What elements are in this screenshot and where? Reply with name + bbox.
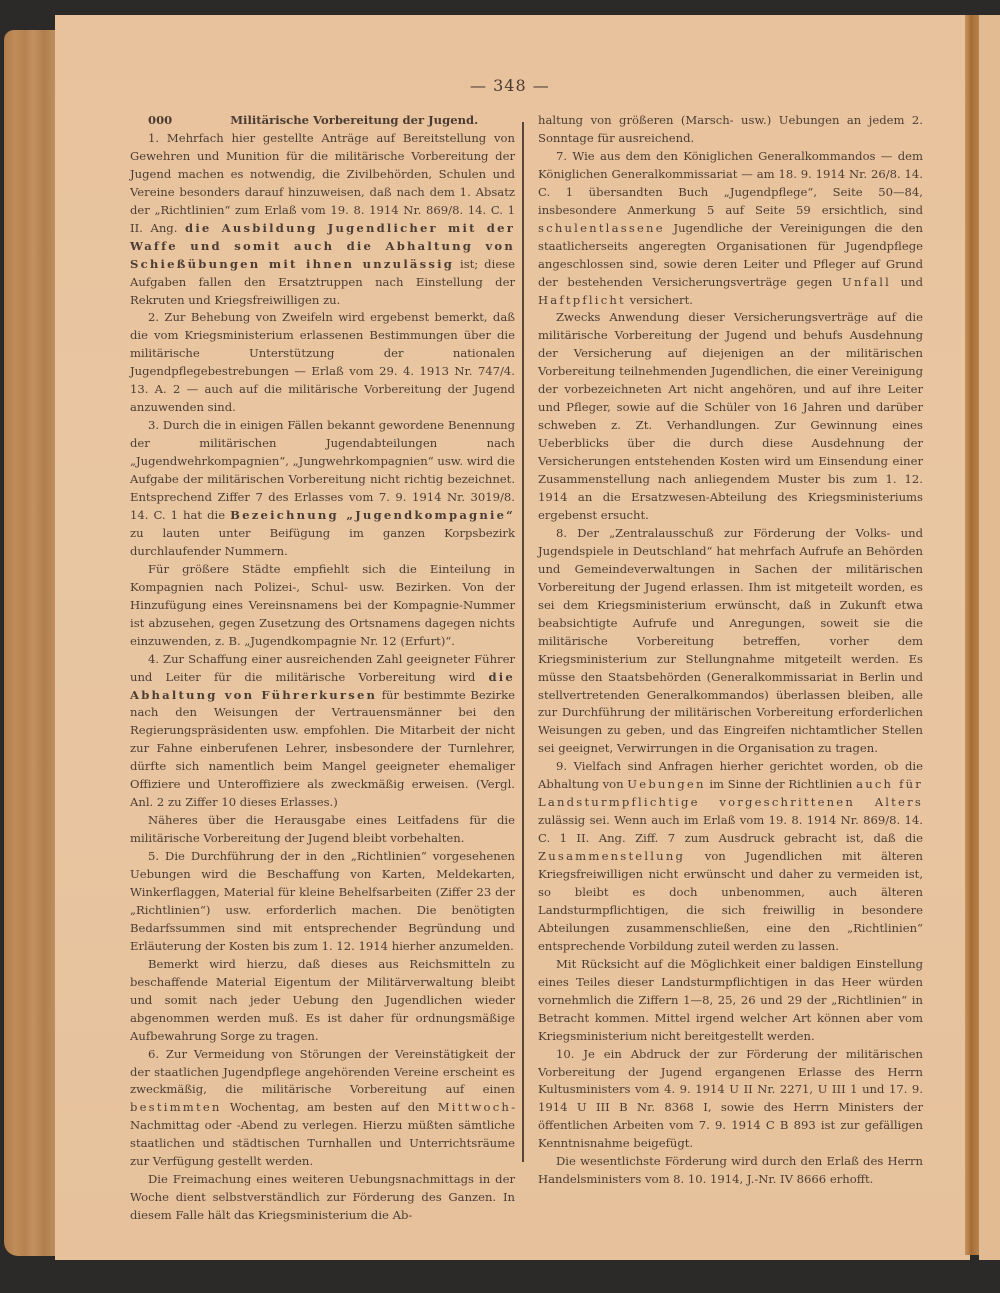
right-column: haltung von größeren (Marsch- usw.) Uebu… bbox=[538, 112, 923, 1189]
paragraph-4b: Näheres über die Herausgabe eines Leitfa… bbox=[130, 812, 515, 848]
text: von Jugendlichen mit älteren Kriegsfreiw… bbox=[538, 849, 923, 953]
left-column: 000 Militärische Vorbereitung der Jugend… bbox=[130, 112, 515, 1225]
text: Wochentag, am besten auf den bbox=[230, 1100, 430, 1114]
paragraph-10b: Die wesentlichste Förderung wird durch d… bbox=[538, 1153, 923, 1189]
paragraph-5: 5. Die Durchführung der in den „Richtlin… bbox=[130, 848, 515, 956]
paragraph-1: 1. Mehrfach hier gestellte Anträge auf B… bbox=[130, 130, 515, 310]
paragraph-4: 4. Zur Schaffung einer ausreichenden Zah… bbox=[130, 651, 515, 813]
emphasis-text: Haftpflicht bbox=[538, 293, 626, 307]
paragraph-5b: Bemerkt wird hierzu, daß dieses aus Reic… bbox=[130, 956, 515, 1046]
text: 3. Durch die in einigen Fällen bekannt g… bbox=[130, 418, 515, 522]
paragraph-3b: Für größere Städte empfiehlt sich die Ei… bbox=[130, 561, 515, 651]
emphasis-text: Uebungen bbox=[627, 777, 705, 791]
text: 1. Mehrfach hier gestellte Anträge auf B… bbox=[130, 131, 515, 235]
emphasis-text: Unfall bbox=[842, 275, 891, 289]
paragraph-6b-continued: haltung von größeren (Marsch- usw.) Uebu… bbox=[538, 112, 923, 148]
text: zulässig sei. Wenn auch im Erlaß vom 19.… bbox=[538, 813, 923, 845]
emphasis-text: Zusammenstellung bbox=[538, 849, 685, 863]
paragraph-6: 6. Zur Vermeidung von Störungen der Vere… bbox=[130, 1046, 515, 1172]
page-stack-edge bbox=[4, 30, 62, 1256]
paragraph-6b: Die Freimachung eines weiteren Uebungsna… bbox=[130, 1171, 515, 1225]
emphasis-text: Bezeichnung „Jugendkompagnie“ bbox=[230, 508, 515, 522]
text: 4. Zur Schaffung einer ausreichenden Zah… bbox=[130, 652, 515, 684]
emphasis-text: die Ausbildung Jugendlicher mit der Waff… bbox=[130, 221, 515, 271]
emphasis-text: bestimmten bbox=[130, 1100, 222, 1114]
paragraph-9b: Mit Rücksicht auf die Möglichkeit einer … bbox=[538, 956, 923, 1046]
text: im Sinne der Richtlinien bbox=[709, 777, 852, 791]
text: 6. Zur Vermeidung von Störungen der Vere… bbox=[130, 1047, 515, 1097]
text: und bbox=[901, 275, 923, 289]
paragraph-10: 10. Je ein Abdruck der zur Förderung der… bbox=[538, 1046, 923, 1154]
text: versichert. bbox=[630, 293, 693, 307]
paragraph-7b: Zwecks Anwendung dieser Versicherungsver… bbox=[538, 309, 923, 524]
paragraph-9: 9. Vielfach sind Anfragen hierher gerich… bbox=[538, 758, 923, 955]
article-number: 000 bbox=[130, 112, 172, 130]
article-heading: 000 Militärische Vorbereitung der Jugend… bbox=[130, 112, 515, 130]
paragraph-3: 3. Durch die in einigen Fällen bekannt g… bbox=[130, 417, 515, 561]
paragraph-7: 7. Wie aus dem den Königlichen Generalko… bbox=[538, 148, 923, 310]
next-page-edge bbox=[979, 15, 1000, 1260]
page-number: — 348 — bbox=[470, 76, 550, 95]
article-title: Militärische Vorbereitung der Jugend. bbox=[212, 112, 478, 130]
paragraph-8: 8. Der „Zentralausschuß zur Förderung de… bbox=[538, 525, 923, 758]
paragraph-2: 2. Zur Behebung von Zweifeln wird ergebe… bbox=[130, 309, 515, 417]
emphasis-text: schulentlassene bbox=[538, 221, 665, 235]
emphasis-text: Mittwoch bbox=[438, 1100, 511, 1114]
text: 7. Wie aus dem den Königlichen Generalko… bbox=[538, 149, 923, 217]
text: zu lauten unter Beifügung im ganzen Korp… bbox=[130, 526, 515, 558]
book-gutter bbox=[965, 15, 979, 1255]
column-divider bbox=[522, 122, 524, 1162]
text: für bestimmte Bezirke nach den Weisungen… bbox=[130, 688, 515, 810]
